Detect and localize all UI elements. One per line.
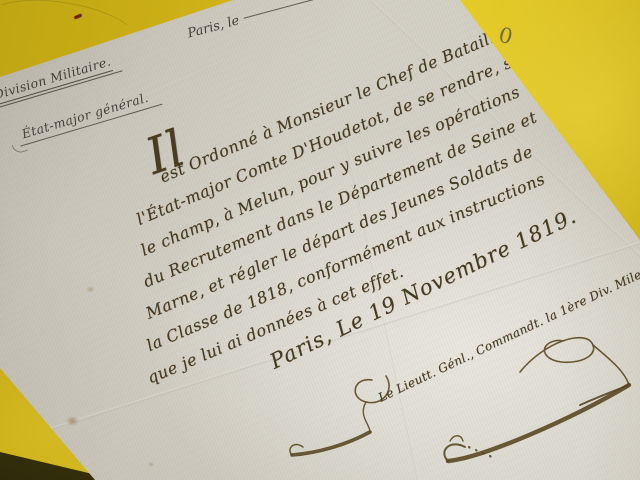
ink-stain: [66, 416, 79, 426]
pencil-mark-zero: 0: [496, 23, 515, 50]
photo-background: 0 Paris, le Division Militaire. État-maj…: [0, 0, 640, 480]
ink-stain: [148, 462, 154, 467]
signature-flourish: [420, 300, 640, 475]
letter-sheet: Paris, le Division Militaire. État-major…: [0, 0, 640, 480]
ink-stain: [86, 286, 95, 293]
